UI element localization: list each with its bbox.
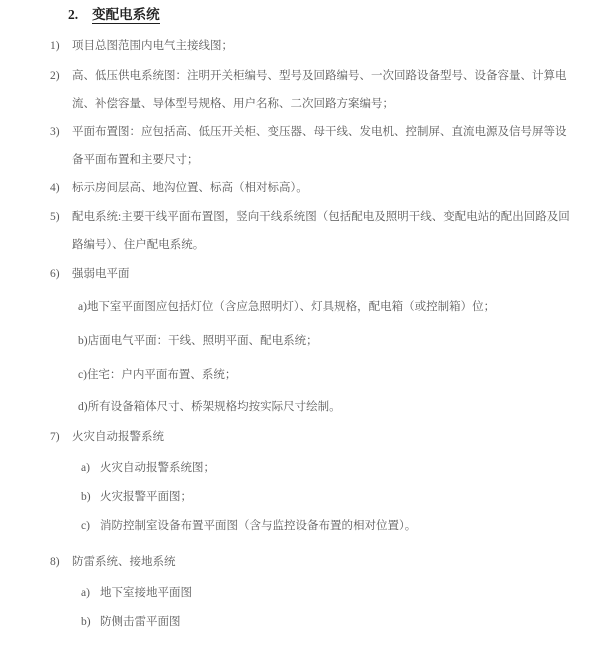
sub-item-text: 地下室接地平面图 bbox=[100, 579, 570, 607]
sub-item-7a: a) 火灾自动报警系统图； bbox=[81, 454, 593, 482]
sub-item-label: c) bbox=[81, 512, 100, 540]
item-number: 2) bbox=[50, 62, 72, 118]
sub-item-text: 火灾自动报警系统图； bbox=[100, 454, 570, 482]
sub-item-label: d) bbox=[78, 401, 88, 413]
item-text: 项目总图范围内电气主接线图； bbox=[72, 32, 572, 60]
sub-item-text: 消防控制室设备布置平面图（含与监控设备布置的相对位置）。 bbox=[100, 512, 570, 540]
item-number: 4) bbox=[50, 174, 72, 202]
item-text: 高、低压供电系统图：注明开关柜编号、型号及回路编号、一次回路设备型号、设备容量、… bbox=[72, 62, 572, 118]
sub-item-6b: b)店面电气平面：干线、照明平面、配电系统； bbox=[78, 327, 568, 355]
list-item-6: 6) 强弱电平面 bbox=[50, 260, 593, 288]
sub-item-6d: d)所有设备箱体尺寸、桥架规格均按实际尺寸绘制。 bbox=[78, 393, 568, 421]
sub-item-text: 地下室平面图应包括灯位（含应急照明灯）、灯具规格，配电箱（或控制箱）位； bbox=[87, 301, 495, 313]
sub-item-8a: a) 地下室接地平面图 bbox=[81, 579, 593, 607]
item-text: 防雷系统、接地系统 bbox=[72, 548, 572, 576]
sub-item-text: 所有设备箱体尺寸、桥架规格均按实际尺寸绘制。 bbox=[88, 401, 341, 413]
sub-item-7c: c) 消防控制室设备布置平面图（含与监控设备布置的相对位置）。 bbox=[81, 512, 593, 540]
sub-item-label: b) bbox=[81, 483, 100, 511]
list-item-4: 4) 标示房间层高、地沟位置、标高（相对标高）。 bbox=[50, 174, 593, 202]
item-text: 配电系统:主要干线平面布置图，竖向干线系统图（包括配电及照明干线、变配电站的配出… bbox=[72, 203, 572, 259]
sub-item-6a: a)地下室平面图应包括灯位（含应急照明灯）、灯具规格，配电箱（或控制箱）位； bbox=[78, 293, 568, 321]
item-number: 5) bbox=[50, 203, 72, 259]
sub-item-text: 住宅：户内平面布置、系统； bbox=[87, 369, 237, 381]
list-item-5: 5) 配电系统:主要干线平面布置图，竖向干线系统图（包括配电及照明干线、变配电站… bbox=[50, 203, 593, 259]
item-text: 标示房间层高、地沟位置、标高（相对标高）。 bbox=[72, 174, 572, 202]
section-number: 2. bbox=[68, 7, 78, 22]
document-page: 2.变配电系统 1) 项目总图范围内电气主接线图； 2) 高、低压供电系统图：注… bbox=[0, 0, 593, 647]
list-item-1: 1) 项目总图范围内电气主接线图； bbox=[50, 32, 593, 60]
list-item-7: 7) 火灾自动报警系统 bbox=[50, 423, 593, 451]
item-number: 6) bbox=[50, 260, 72, 288]
list-item-3: 3) 平面布置图：应包括高、低压开关柜、变压器、母干线、发电机、控制屏、直流电源… bbox=[50, 118, 593, 174]
item-number: 3) bbox=[50, 118, 72, 174]
list-item-8: 8) 防雷系统、接地系统 bbox=[50, 548, 593, 576]
sub-item-label: c) bbox=[78, 369, 87, 381]
sub-item-6c: c)住宅：户内平面布置、系统； bbox=[78, 361, 568, 389]
item-number: 1) bbox=[50, 32, 72, 60]
sub-item-label: a) bbox=[81, 454, 100, 482]
sub-item-8b: b) 防侧击雷平面图 bbox=[81, 608, 593, 636]
sub-item-label: b) bbox=[78, 335, 88, 347]
sub-item-label: b) bbox=[81, 608, 100, 636]
item-text: 平面布置图：应包括高、低压开关柜、变压器、母干线、发电机、控制屏、直流电源及信号… bbox=[72, 118, 572, 174]
sub-item-7b: b) 火灾报警平面图； bbox=[81, 483, 593, 511]
section-title: 2.变配电系统 bbox=[68, 4, 593, 26]
section-title-text: 变配电系统 bbox=[92, 7, 160, 24]
item-text: 强弱电平面 bbox=[72, 260, 572, 288]
sub-item-text: 防侧击雷平面图 bbox=[100, 608, 570, 636]
sub-item-text: 店面电气平面：干线、照明平面、配电系统； bbox=[88, 335, 318, 347]
sub-item-label: a) bbox=[78, 301, 87, 313]
item-number: 8) bbox=[50, 548, 72, 576]
list-item-2: 2) 高、低压供电系统图：注明开关柜编号、型号及回路编号、一次回路设备型号、设备… bbox=[50, 62, 593, 118]
item-text: 火灾自动报警系统 bbox=[72, 423, 572, 451]
sub-item-label: a) bbox=[81, 579, 100, 607]
item-number: 7) bbox=[50, 423, 72, 451]
sub-item-text: 火灾报警平面图； bbox=[100, 483, 570, 511]
